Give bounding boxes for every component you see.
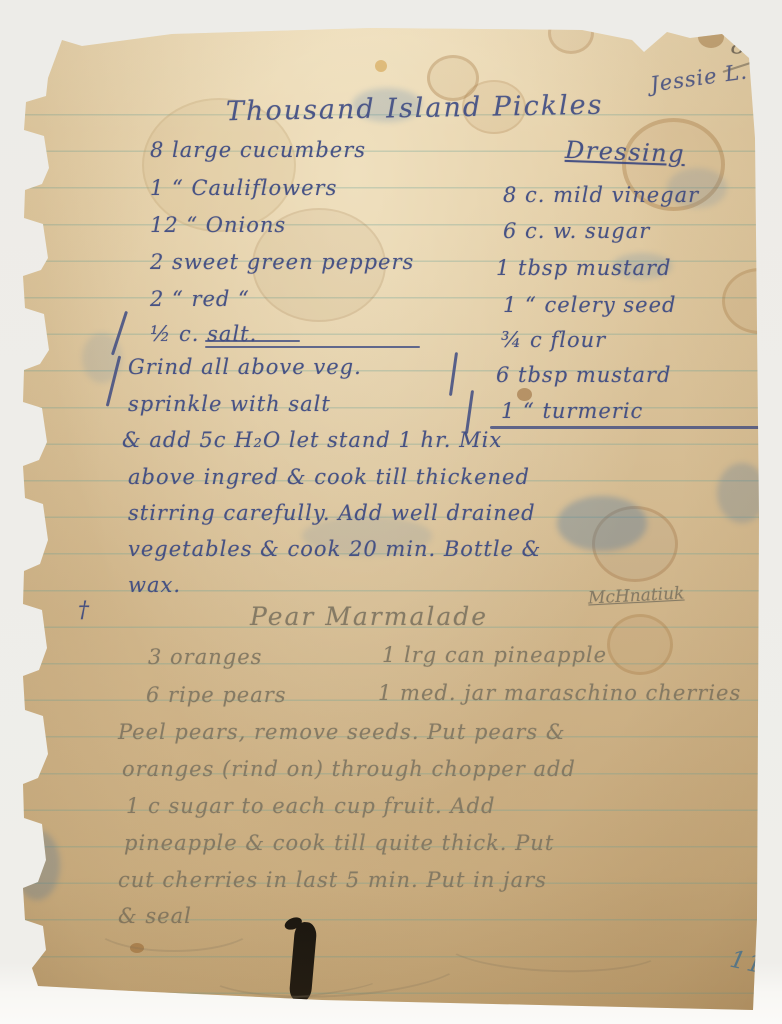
instruction-line: sprinkle with salt xyxy=(128,392,331,416)
ingredient-line: 12 “ Onions xyxy=(150,213,286,237)
margin-cross-mark: † xyxy=(78,598,89,623)
stain xyxy=(592,506,678,582)
instruction-line: & seal xyxy=(118,904,192,928)
instruction-line: wax. xyxy=(128,573,181,597)
stain xyxy=(130,943,144,953)
ingredient-line: 8 c. mild vinegar xyxy=(503,183,699,207)
owner-signature: Jessie L. xyxy=(649,59,749,96)
ingredient-line: 6 c. w. sugar xyxy=(503,219,650,243)
recipe-title: Thousand Island Pickles xyxy=(226,90,604,128)
stain xyxy=(607,614,673,675)
ingredient-line: ¾ c flour xyxy=(501,328,606,352)
ingredient-line: 6 ripe pears xyxy=(146,683,287,707)
ink-underline xyxy=(205,346,420,348)
ingredient-line: 1 “ turmeric xyxy=(501,399,643,423)
recipe-title: Pear Marmalade xyxy=(250,602,488,631)
pencil-scribble xyxy=(201,926,468,1004)
ingredient-line: 1 med. jar maraschino cherries xyxy=(378,681,741,705)
instruction-line: Peel pears, remove seeds. Put pears & xyxy=(118,720,566,744)
stain xyxy=(698,26,724,48)
ingredient-line: 1 “ celery seed xyxy=(503,293,676,317)
instruction-line: above ingred & cook till thickened xyxy=(128,465,530,489)
dressing-heading: Dressing xyxy=(565,136,686,168)
ingredient-line: 8 large cucumbers xyxy=(150,138,366,162)
stain xyxy=(548,12,594,54)
ingredient-line: 3 oranges xyxy=(148,645,262,669)
ink-blot xyxy=(289,921,318,1003)
instruction-line: & add 5c H₂O let stand 1 hr. Mix xyxy=(122,428,502,452)
instruction-line: Grind all above veg. xyxy=(128,355,362,379)
ingredient-line: 2 “ red “ xyxy=(150,287,250,311)
ingredient-line: 1 “ Cauliflowers xyxy=(150,176,337,200)
column-divider-stroke xyxy=(449,352,458,396)
instruction-line: pineapple & cook till quite thick. Put xyxy=(124,831,554,855)
instruction-line: vegetables & cook 20 min. Bottle & xyxy=(128,537,541,561)
instruction-line: 1 c sugar to each cup fruit. Add xyxy=(126,794,495,818)
notebook-page: 83 Jessie L. Thousand Island Pickles 8 l… xyxy=(22,18,762,1012)
scanned-document: 83 Jessie L. Thousand Island Pickles 8 l… xyxy=(0,0,782,1024)
stain xyxy=(722,268,782,334)
blue-smudge xyxy=(557,496,647,551)
blue-smudge xyxy=(14,830,60,900)
ingredient-line: ½ c. salt. xyxy=(150,322,257,346)
pencil-scribble xyxy=(81,953,386,1008)
ingredient-line: 1 lrg can pineapple xyxy=(382,643,607,667)
blue-smudge xyxy=(717,463,767,523)
ingredient-line: 6 tbsp mustard xyxy=(496,363,671,387)
corner-mark: 11 xyxy=(727,945,767,980)
instruction-line: oranges (rind on) through chopper add xyxy=(122,757,576,781)
pencil-scribble xyxy=(441,914,667,976)
ingredient-line: 2 sweet green peppers xyxy=(150,250,414,274)
ink-underline xyxy=(205,340,300,342)
margin-slash xyxy=(111,311,128,356)
ink-underline xyxy=(490,426,782,429)
instruction-line: cut cherries in last 5 min. Put in jars xyxy=(118,868,547,892)
ingredient-line: 1 tbsp mustard xyxy=(496,256,671,280)
page-number: 83 xyxy=(730,33,761,61)
instruction-line: stirring carefully. Add well drained xyxy=(128,501,536,525)
margin-slash xyxy=(106,355,121,406)
stain xyxy=(375,60,387,72)
attribution-signature: McHnatiuk xyxy=(588,583,685,608)
